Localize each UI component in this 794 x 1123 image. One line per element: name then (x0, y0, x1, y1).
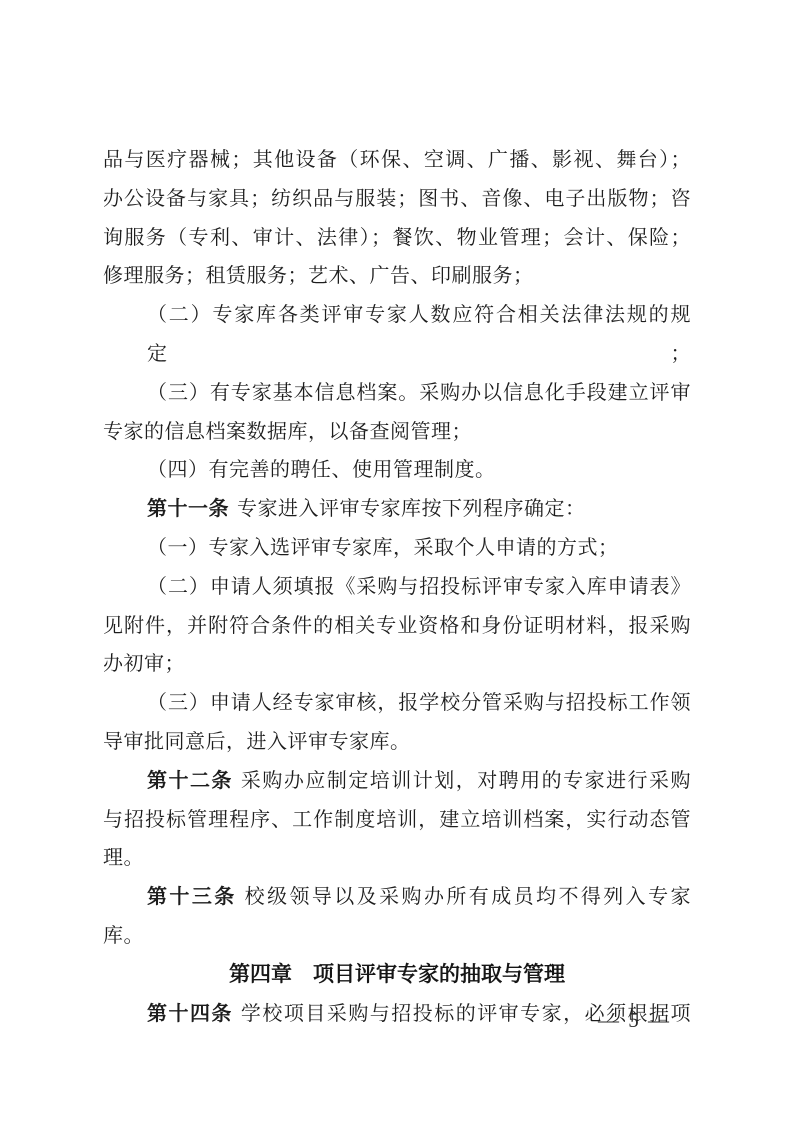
doc-line: 修理服务；租赁服务；艺术、广告、印刷服务； (103, 257, 691, 296)
doc-line: 导审批同意后，进入评审专家库。 (103, 723, 691, 762)
article-text: 校级领导以及采购办所有成员均不得列入专家 (245, 886, 691, 908)
article-text: 专家进入评审专家库按下列程序确定： (237, 498, 586, 520)
page-number: — 5 — (103, 1008, 691, 1033)
doc-line: 专家的信息档案数据库，以备查阅管理； (103, 413, 691, 452)
doc-line: 理。 (103, 839, 691, 878)
article-term: 第十一条 (147, 498, 229, 520)
doc-line-clause: （二）专家库各类评审专家人数应符合相关法律法规的规定； (103, 296, 691, 374)
doc-line-clause: （一）专家入选评审专家库，采取个人申请的方式； (103, 529, 691, 568)
chapter-heading: 第四章 项目评审专家的抽取与管理 (103, 956, 691, 995)
doc-line-clause: （三）有专家基本信息档案。采购办以信息化手段建立评审 (103, 374, 691, 413)
doc-line: 办公设备与家具；纺织品与服装；图书、音像、电子出版物；咨 (103, 180, 691, 219)
doc-line: 询服务（专利、审计、法律）；餐饮、物业管理；会计、保险； (103, 219, 691, 258)
doc-line-clause: （四）有完善的聘任、使用管理制度。 (103, 451, 691, 490)
doc-line: 与招投标管理程序、工作制度培训，建立培训档案，实行动态管 (103, 801, 691, 840)
doc-line-article-12: 第十二条采购办应制定培训计划，对聘用的专家进行采购 (103, 762, 691, 801)
doc-line: 品与医疗器械；其他设备（环保、空调、广播、影视、舞台）； (103, 141, 691, 180)
doc-line-article-13: 第十三条校级领导以及采购办所有成员均不得列入专家 (103, 878, 691, 917)
doc-line-clause: （三）申请人经专家审核，报学校分管采购与招投标工作领 (103, 684, 691, 723)
article-text: 采购办应制定培训计划，对聘用的专家进行采购 (241, 770, 691, 792)
doc-line-article-11: 第十一条专家进入评审专家库按下列程序确定： (103, 490, 691, 529)
doc-line-clause: （二）申请人须填报《采购与招投标评审专家入库申请表》 (103, 568, 691, 607)
article-term: 第十三条 (147, 886, 237, 908)
article-term: 第十二条 (147, 770, 233, 792)
document-page: 品与医疗器械；其他设备（环保、空调、广播、影视、舞台）； 办公设备与家具；纺织品… (0, 0, 794, 1123)
document-text-block: 品与医疗器械；其他设备（环保、空调、广播、影视、舞台）； 办公设备与家具；纺织品… (103, 141, 691, 1033)
doc-line: 见附件，并附符合条件的相关专业资格和身份证明材料，报采购 (103, 607, 691, 646)
doc-line: 办初审； (103, 645, 691, 684)
doc-line: 库。 (103, 917, 691, 956)
